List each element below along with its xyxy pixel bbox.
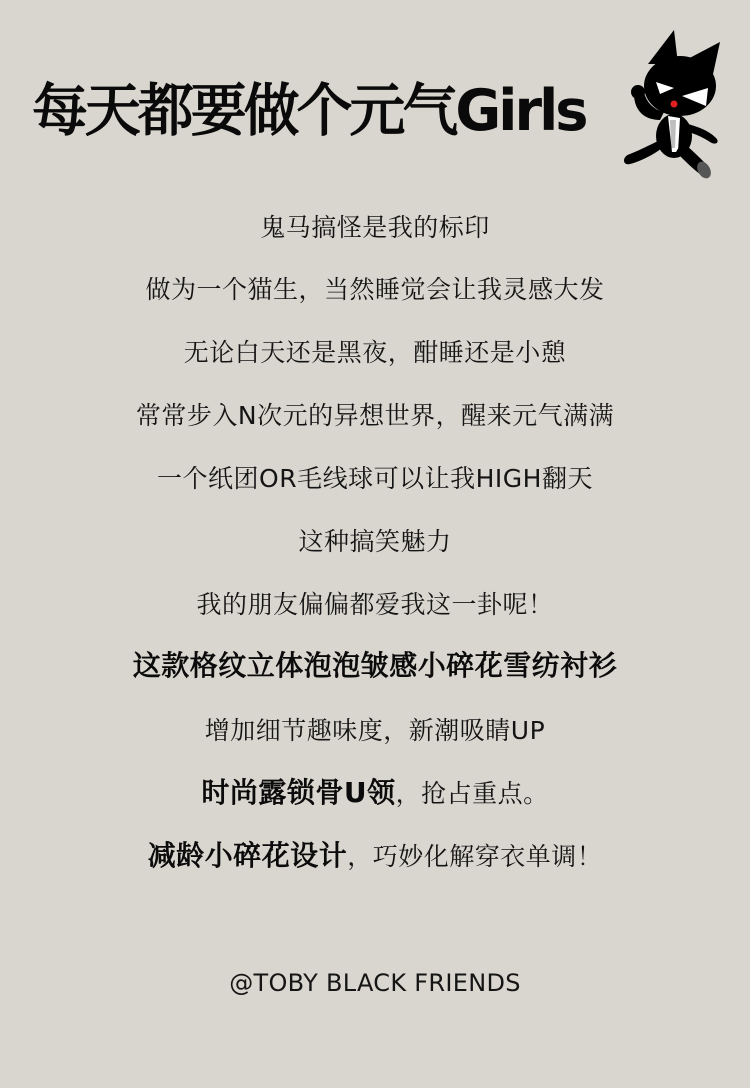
body-line: 一个纸团OR毛线球可以让我HIGH翻天 [0, 461, 750, 497]
body-line: 鬼马搞怪是我的标印 [0, 210, 750, 246]
black-cat-mascot-icon [612, 24, 732, 184]
feature-highlight: 时尚露锁骨U领 [201, 776, 395, 809]
body-line: 增加细节趣味度，新潮吸睛UP [0, 713, 750, 749]
product-headline: 这款格纹立体泡泡皱感小碎花雪纺衬衫 [0, 648, 750, 684]
body-line: 做为一个猫生，当然睡觉会让我灵感大发 [0, 272, 750, 308]
feature-line-floral: 减龄小碎花设计，巧妙化解穿衣单调！ [0, 838, 750, 875]
body-line: 我的朋友偏偏都爱我这一卦呢！ [0, 587, 750, 623]
feature-line-neckline: 时尚露锁骨U领，抢占重点。 [0, 775, 750, 812]
feature-text: ，抢占重点。 [396, 779, 549, 808]
page-title: 每天都要做个元气Girls [32, 74, 586, 148]
feature-text: ，巧妙化解穿衣单调！ [347, 842, 602, 871]
body-line: 常常步入N次元的异想世界，醒来元气满满 [0, 398, 750, 434]
brand-credit: @TOBY BLACK FRIENDS [0, 966, 750, 1000]
feature-highlight: 减龄小碎花设计 [148, 839, 348, 872]
body-line: 这种搞笑魅力 [0, 524, 750, 560]
body-line: 无论白天还是黑夜，酣睡还是小憩 [0, 335, 750, 371]
